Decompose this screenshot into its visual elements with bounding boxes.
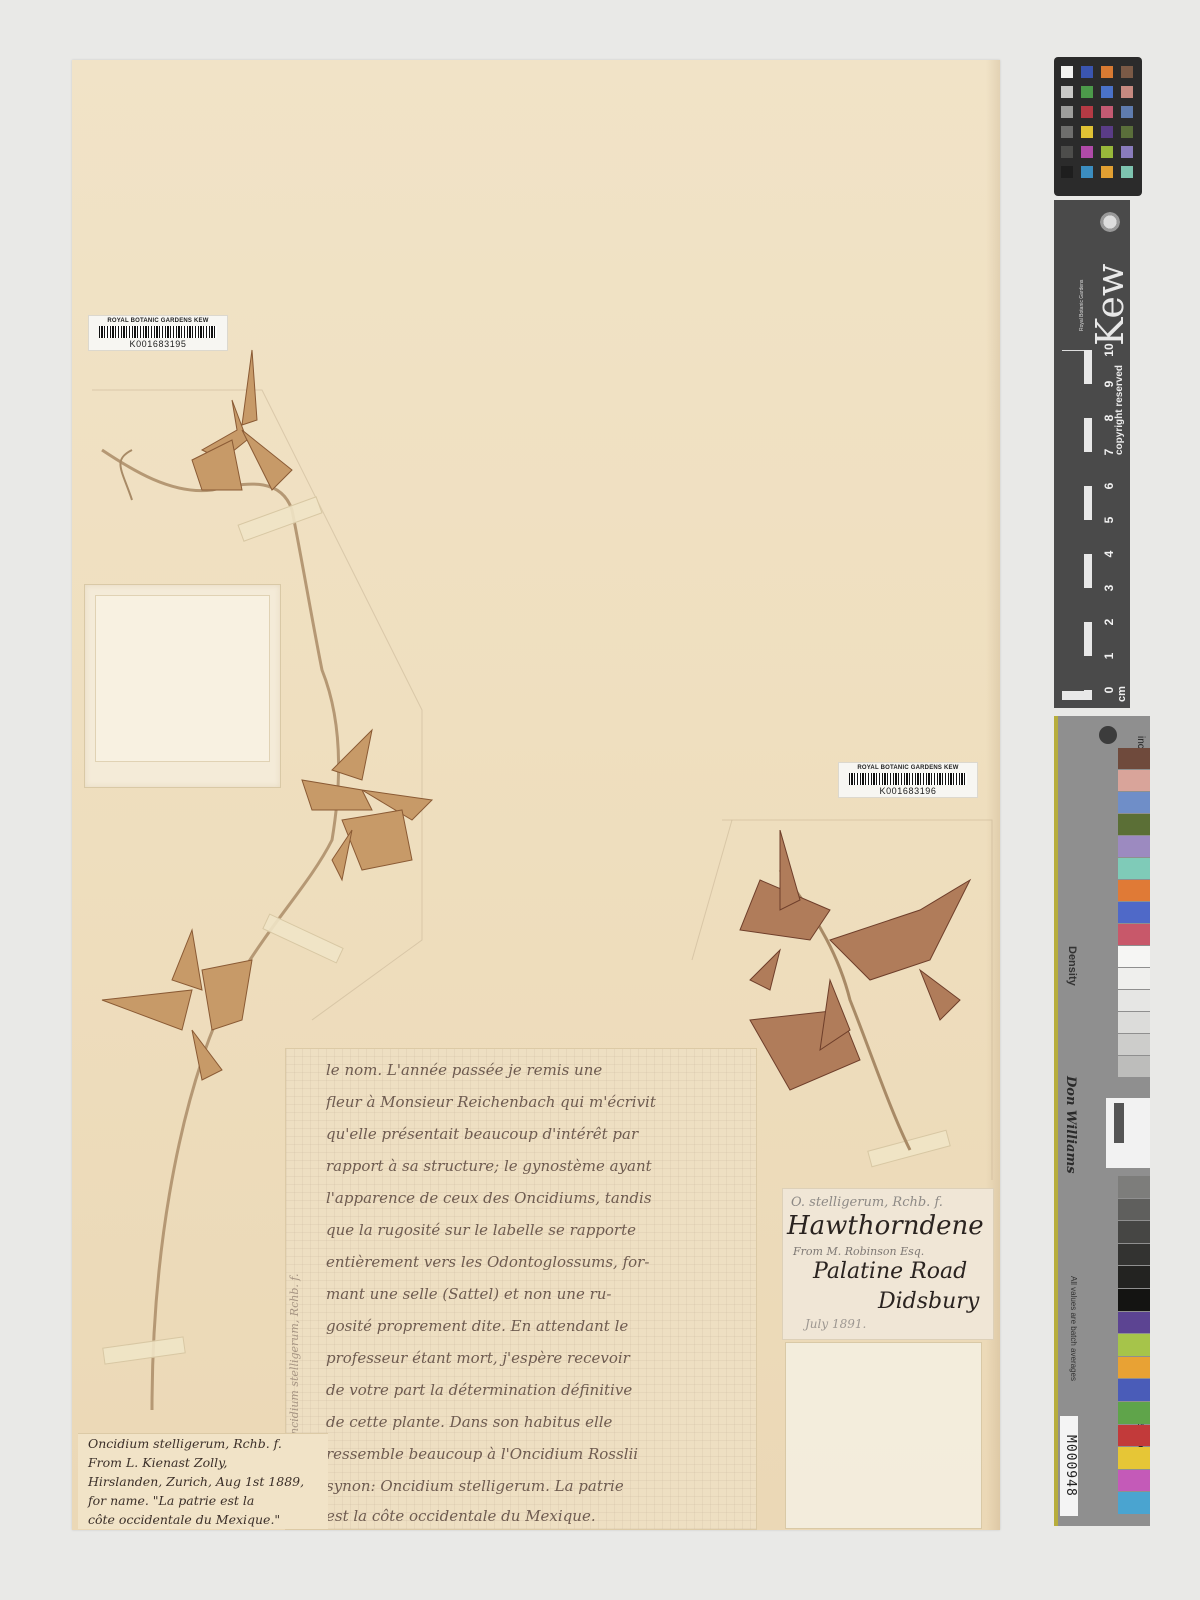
target-patch	[1118, 1492, 1150, 1514]
color-patch	[1081, 166, 1093, 178]
target-patch	[1118, 1312, 1150, 1334]
ruler-tick-label: 2	[1102, 615, 1116, 629]
ruler-tick-label: 9	[1102, 377, 1116, 391]
target-patch	[1118, 1289, 1150, 1311]
ruler-segment	[1062, 452, 1084, 487]
locality-road: Palatine Road	[813, 1259, 967, 1284]
ruler-alt-segment	[1084, 418, 1092, 452]
color-patch	[1081, 86, 1093, 98]
copyright-notice: copyright reserved	[1114, 345, 1128, 475]
target-patch	[1118, 792, 1150, 813]
label-line: Hirslanden, Zurich, Aug 1st 1889,	[78, 1472, 328, 1491]
letter-line: est la côte occidentale du Mexique.	[326, 1507, 746, 1525]
kew-scale-bar: Royal Botanic Gardens Kew copyright rese…	[1054, 200, 1130, 708]
label-line: for name. "La patrie est la	[78, 1491, 328, 1510]
target-patch	[1118, 924, 1150, 945]
ruler-alt-segment	[1084, 656, 1092, 690]
target-patch	[1118, 836, 1150, 857]
label-line: côte occidentale du Mexique."	[78, 1510, 328, 1529]
ruler-tick-label: 10	[1102, 343, 1116, 357]
collection-label-right: O. stelligerum, Rchb. f. Hawthorndene Fr…	[782, 1188, 994, 1340]
target-patch	[1118, 1244, 1150, 1266]
target-patch	[1118, 902, 1150, 923]
target-patch	[1118, 1199, 1150, 1221]
target-patch	[1118, 1176, 1150, 1198]
kew-logo: Kew	[1092, 255, 1128, 355]
color-patch	[1121, 166, 1133, 178]
target-patch	[1118, 1470, 1150, 1492]
color-patch	[1081, 126, 1093, 138]
color-patch	[1061, 106, 1073, 118]
color-patch	[1061, 146, 1073, 158]
target-patch	[1118, 858, 1150, 879]
ruler-tick-label: 0	[1102, 683, 1116, 697]
collection-label-left: Oncidium stelligerum, Rchb. f. From L. K…	[78, 1433, 328, 1529]
label-line: Oncidium stelligerum, Rchb. f.	[78, 1434, 328, 1453]
target-patch	[1118, 748, 1150, 769]
royal-crest-icon	[1098, 210, 1122, 240]
target-patch	[1118, 946, 1150, 967]
letter-line: rapport à sa structure; le gynostème aya…	[326, 1157, 746, 1175]
target-patch	[1118, 1402, 1150, 1424]
letter-line: entièrement vers les Odontoglossums, for…	[326, 1253, 746, 1271]
letter-line: gosité proprement dite. En attendant le	[326, 1317, 746, 1335]
cm-ruler: 012345678910	[1062, 350, 1098, 700]
ruler-tick-label: 1	[1102, 649, 1116, 663]
color-patch	[1101, 146, 1113, 158]
ruler-segment	[1062, 486, 1084, 521]
color-patch	[1061, 66, 1073, 78]
ruler-tick-label: 6	[1102, 479, 1116, 493]
collector: From M. Robinson Esq.	[793, 1245, 924, 1258]
color-patch	[1101, 106, 1113, 118]
ruler-alt-segment	[1084, 452, 1092, 486]
color-patch	[1061, 126, 1073, 138]
ruler-alt-segment	[1084, 384, 1092, 418]
letter-line: de cette plante. Dans son habitus elle	[326, 1413, 746, 1431]
ruler-alt-segment	[1084, 486, 1092, 520]
letter-line: que la rugosité sur le labelle se rappor…	[326, 1221, 746, 1239]
label-line: From L. Kienast Zolly,	[78, 1453, 328, 1472]
fragment-packet-right	[785, 1342, 982, 1529]
color-patch	[1121, 106, 1133, 118]
letter-line: professeur étant mort, j'espère recevoir	[326, 1349, 746, 1367]
orchid-specimen-right	[720, 830, 1000, 1160]
color-patch	[1121, 66, 1133, 78]
target-patch	[1118, 990, 1150, 1011]
batch-note: All values are batch averages	[1064, 1276, 1078, 1416]
target-patch	[1118, 880, 1150, 901]
letter-line: le nom. L'année passée je remis une	[326, 1061, 746, 1079]
target-patch	[1118, 1379, 1150, 1401]
locality-name: Hawthorndene	[787, 1211, 984, 1241]
target-patch	[1118, 1056, 1150, 1077]
target-patch	[1118, 1266, 1150, 1288]
ruler-segment	[1062, 622, 1084, 657]
color-patch	[1121, 126, 1133, 138]
color-checker-card	[1054, 57, 1142, 196]
ruler-alt-segment	[1084, 350, 1092, 384]
gray-wedge-target	[1106, 1098, 1150, 1168]
ruler-tick-label: 7	[1102, 445, 1116, 459]
determination: O. stelligerum, Rchb. f.	[791, 1195, 943, 1210]
target-patch	[1118, 1425, 1150, 1447]
color-patch	[1121, 146, 1133, 158]
color-patch	[1101, 86, 1113, 98]
ruler-segment	[1062, 656, 1084, 691]
letter-line: de votre part la détermination définitiv…	[326, 1381, 746, 1399]
ruler-segment	[1062, 384, 1084, 419]
target-patch	[1118, 1034, 1150, 1055]
ruler-tick-label: 5	[1102, 513, 1116, 527]
ruler-segment	[1062, 520, 1084, 555]
ruler-segment	[1062, 588, 1084, 623]
color-target-strip: inches Density Don Williams All values a…	[1054, 716, 1150, 1526]
ruler-tick-label: 8	[1102, 411, 1116, 425]
color-patch	[1101, 166, 1113, 178]
letter-line: synon: Oncidium stelligerum. La patrie	[326, 1477, 746, 1495]
letter-line: ressemble beaucoup à l'Oncidium Rosslii	[326, 1445, 746, 1463]
letter-line: fleur à Monsieur Reichenbach qui m'écriv…	[326, 1093, 746, 1111]
color-patch	[1061, 86, 1073, 98]
color-patch	[1081, 66, 1093, 78]
locality-town: Didsbury	[878, 1289, 979, 1314]
target-patch	[1118, 1334, 1150, 1356]
gray-bar	[1114, 1103, 1124, 1143]
color-patch	[1101, 126, 1113, 138]
color-patch	[1081, 146, 1093, 158]
ruler-tick-label: 3	[1102, 581, 1116, 595]
letter-line: mant une selle (Sattel) et non une ru-	[326, 1285, 746, 1303]
letter-line: qu'elle présentait beaucoup d'intérêt pa…	[326, 1125, 746, 1143]
target-patch	[1118, 1012, 1150, 1033]
target-patch	[1118, 814, 1150, 835]
handwritten-letter: Oncidium stelligerum, Rchb. f. le nom. L…	[285, 1048, 757, 1530]
target-patch	[1118, 1221, 1150, 1243]
color-checker-grid	[1061, 66, 1133, 178]
chart-id: M000948	[1060, 1416, 1078, 1516]
color-patch	[1121, 86, 1133, 98]
collection-date: July 1891.	[805, 1317, 866, 1331]
target-brand: Don Williams	[1060, 1076, 1078, 1186]
ruler-segment	[1062, 350, 1084, 385]
letter-line: l'apparence de ceux des Oncidiums, tandi…	[326, 1189, 746, 1207]
ruler-alt-segment	[1084, 588, 1092, 622]
target-patch	[1118, 968, 1150, 989]
unit-label: cm	[1116, 686, 1128, 702]
ruler-alt-segment	[1084, 520, 1092, 554]
ruler-segment	[1062, 418, 1084, 453]
target-registration-dot	[1099, 726, 1117, 744]
density-label: Density	[1064, 946, 1078, 1026]
letter-margin-note: Oncidium stelligerum, Rchb. f.	[288, 1214, 308, 1444]
target-patch	[1118, 1357, 1150, 1379]
ruler-alt-segment	[1084, 554, 1092, 588]
target-patch	[1118, 770, 1150, 791]
ruler-tick-label: 4	[1102, 547, 1116, 561]
ruler-alt-segment	[1084, 622, 1092, 656]
target-patch	[1118, 1447, 1150, 1469]
color-patch	[1101, 66, 1113, 78]
color-patch	[1061, 166, 1073, 178]
ruler-segment	[1062, 554, 1084, 589]
color-patch	[1081, 106, 1093, 118]
